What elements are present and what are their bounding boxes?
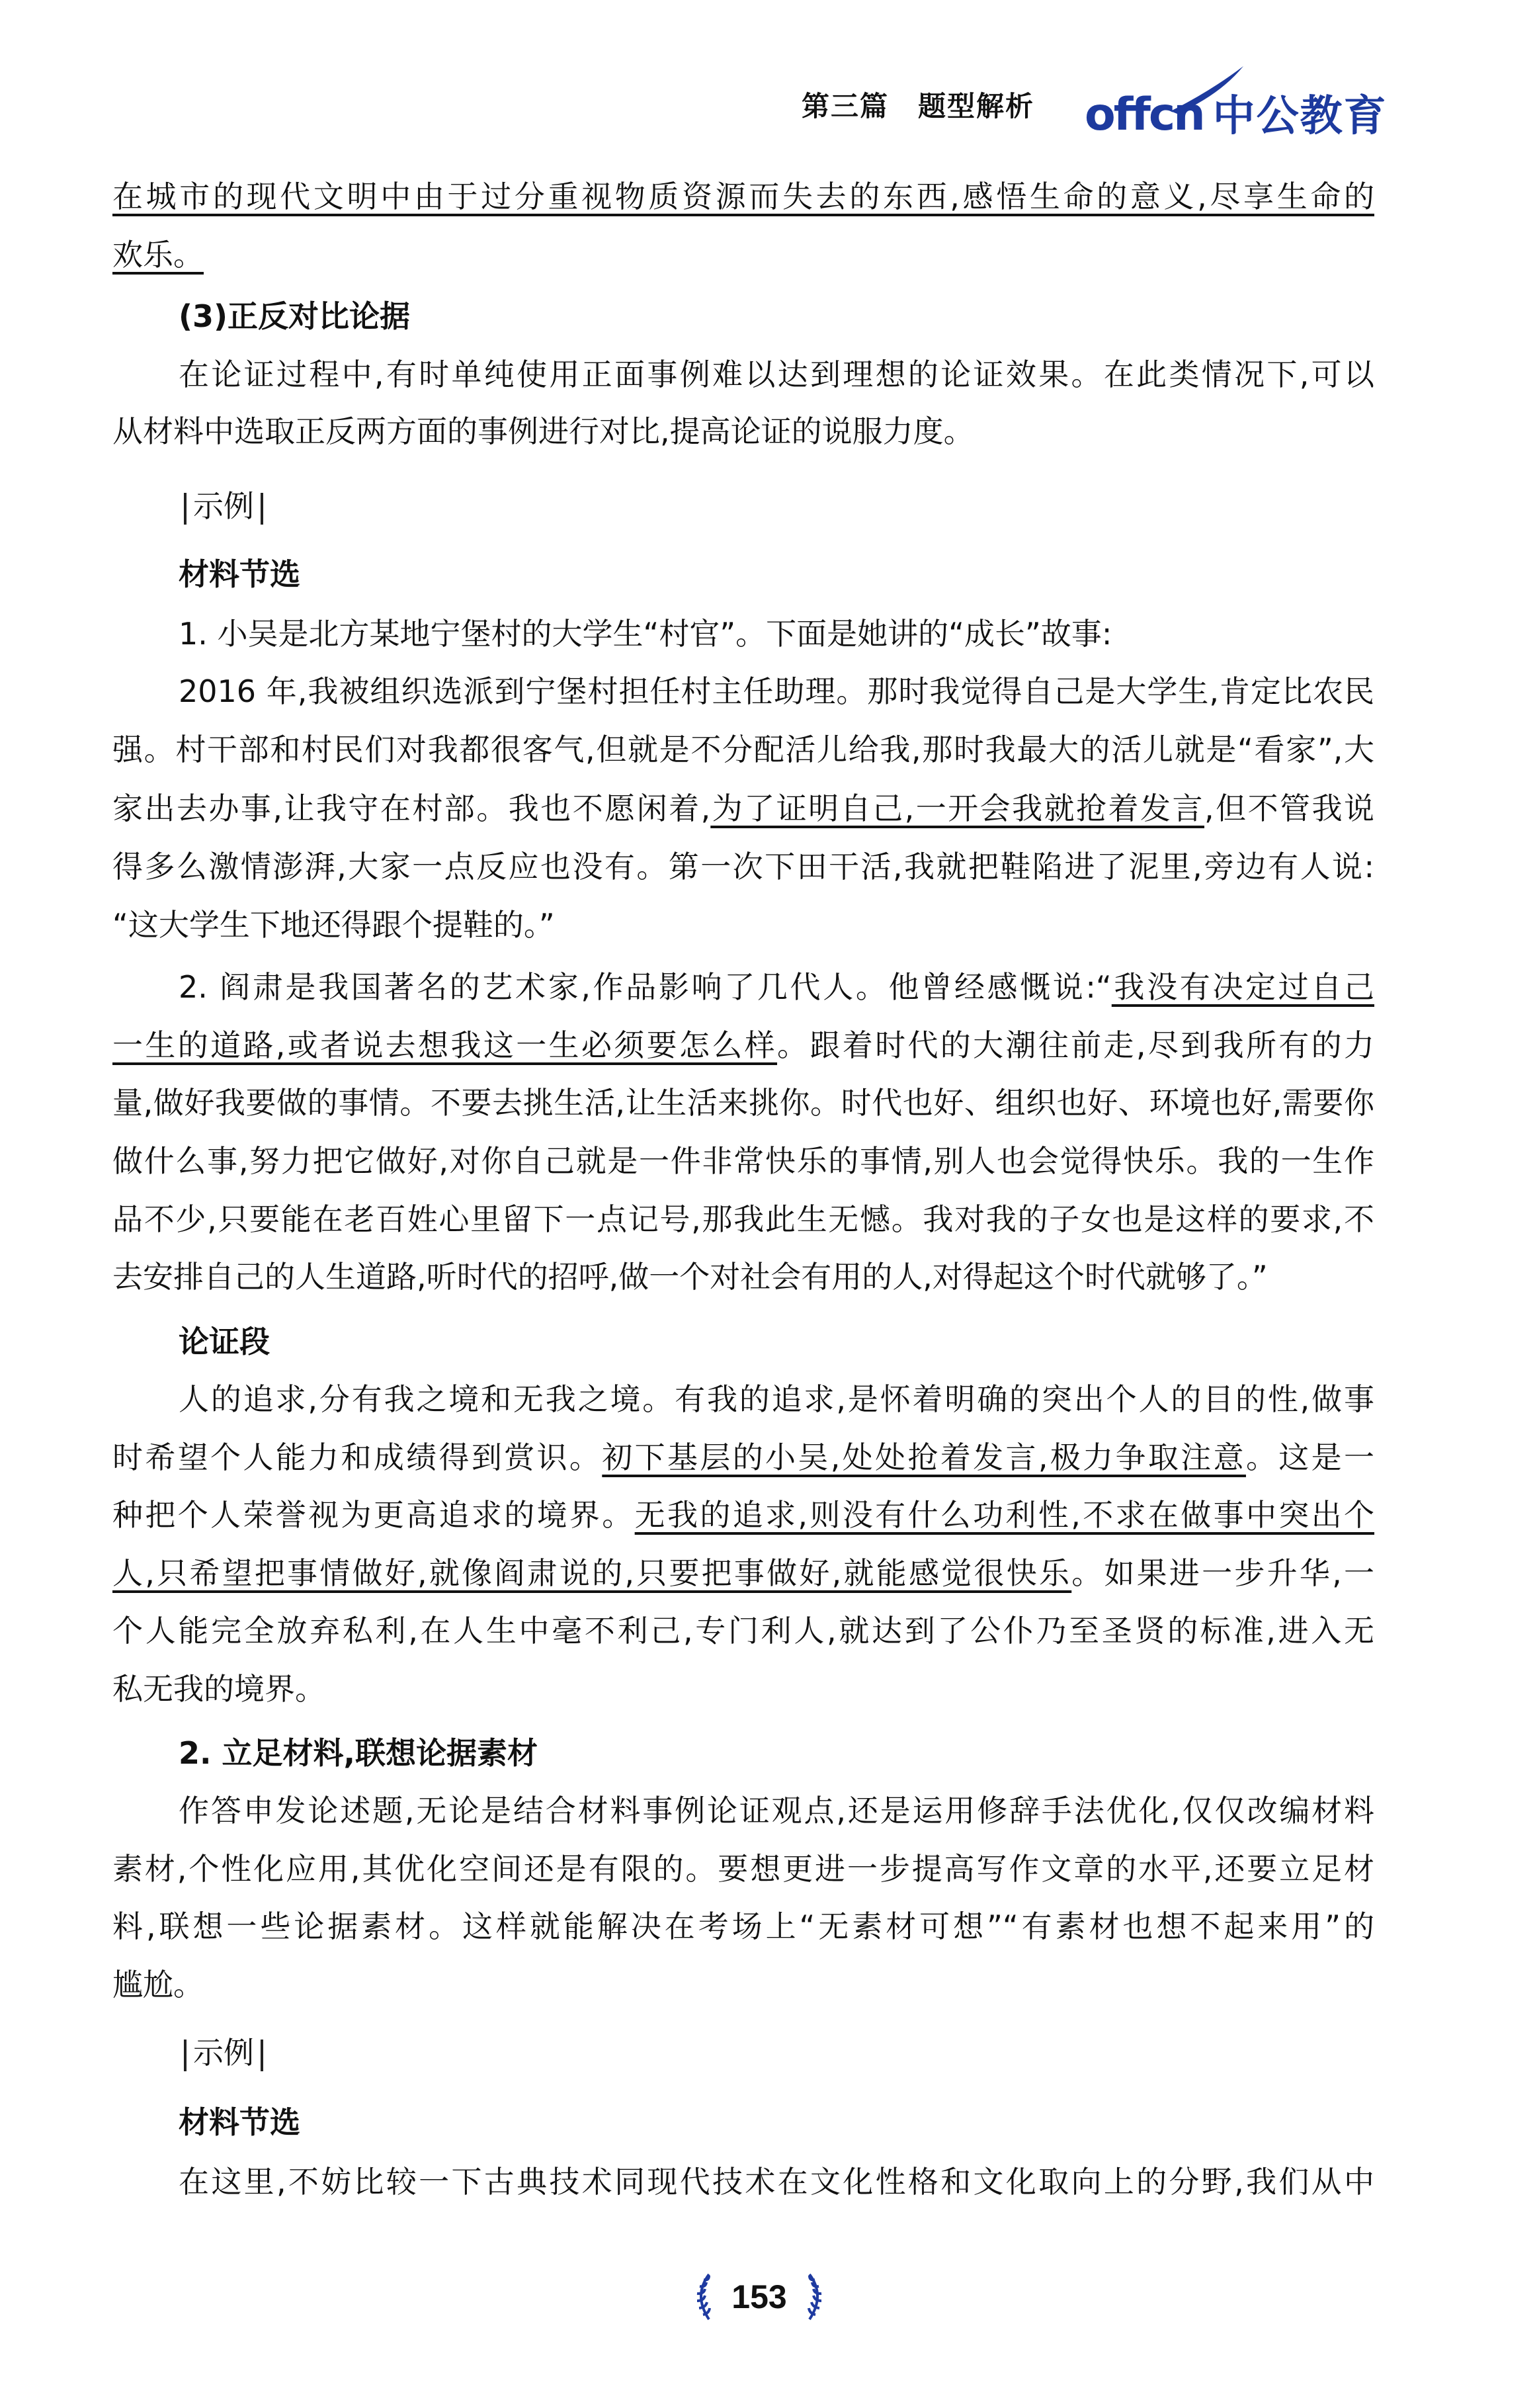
text-segment: 人的追求,分有我之境和无我之境。有我的追求,是怀着明确的突出个人的目的性,做事: [179, 1381, 1374, 1417]
underlined-text: 为了证明自己,一开会我就抢着发言: [710, 791, 1204, 826]
section-heading: 材料节选: [179, 554, 300, 594]
text-segment: 料,联想一些论据素材。这样就能解决在考场上“无素材可想”“有素材也想不起来用”的: [112, 1909, 1374, 1944]
laurel-right-icon: [803, 2272, 829, 2322]
text-line: 家出去办事,让我守在村部。我也不愿闲着,为了证明自己,一开会我就抢着发言,但不管…: [112, 789, 1374, 828]
text-line: 1. 小吴是北方某地宁堡村的大学生“村官”。下面是她讲的“成长”故事:: [179, 614, 1374, 654]
example-label: 示例: [177, 486, 270, 526]
text-line: “这大学生下地还得跟个提鞋的。”: [112, 905, 1374, 945]
text-line: 2. 阎肃是我国著名的艺术家,作品影响了几代人。他曾经感慨说:“我没有决定过自己: [179, 967, 1374, 1007]
text-segment: 强。村干部和村民们对我都很客气,但就是不分配活儿给我,那时我最大的活儿就是“看家…: [112, 732, 1374, 767]
text-segment: 2016 年,我被组织选派到宁堡村担任村主任助理。那时我觉得自己是大学生,肯定比…: [179, 673, 1374, 709]
text-segment: 私无我的境界。: [112, 1671, 325, 1707]
text-segment: 品不少,只要能在老百姓心里留下一点记号,那我此生无憾。我对我的子女也是这样的要求…: [112, 1201, 1374, 1237]
section-heading: 2. 立足材料,联想论据素材: [179, 1733, 538, 1773]
underlined-text: 我没有决定过自己: [1112, 969, 1374, 1005]
text-segment: 。跟着时代的大潮往前走,尽到我所有的力: [777, 1027, 1374, 1063]
chapter-title: 第三篇 题型解析: [802, 85, 1034, 124]
laurel-left-icon: [689, 2272, 716, 2322]
underlined-text: 初下基层的小吴,处处抢着发言,极力争取注意: [602, 1440, 1246, 1475]
underlined-text: 在城市的现代文明中由于过分重视物质资源而失去的东西,感悟生命的意义,尽享生命的: [112, 179, 1374, 214]
text-segment: 2. 阎肃是我国著名的艺术家,作品影响了几代人。他曾经感慨说:“: [179, 969, 1112, 1005]
text-segment: 从材料中选取正反两方面的事例进行对比,提高论证的说服力度。: [112, 413, 974, 449]
text-segment: 种把个人荣誉视为更高追求的境界。: [112, 1497, 635, 1533]
text-line: 人,只希望把事情做好,就像阎肃说的,只要把事做好,就能感觉很快乐。如果进一步升华…: [112, 1553, 1374, 1593]
page-number-text: 153: [731, 2278, 786, 2316]
text-segment: ,但不管我说: [1204, 791, 1374, 826]
text-line: 做什么事,努力把它做好,对你自己就是一件非常快乐的事情,别人也会觉得快乐。我的一…: [112, 1141, 1374, 1181]
text-line: 个人能完全放弃私利,在人生中毫不利己,专门利人,就达到了公仆乃至圣贤的标准,进入…: [112, 1611, 1374, 1651]
text-segment: 尴尬。: [112, 1967, 204, 2002]
bracket-bar-right: [261, 2040, 263, 2071]
text-segment: 作答申发论述题,无论是结合材料事例论证观点,还是运用修辞手法优化,仅仅改编材料: [179, 1793, 1374, 1828]
text-segment: 量,做好我要做的事情。不要去挑生活,让生活来挑你。时代也好、组织也好、环境也好,…: [112, 1085, 1374, 1121]
text-line: 人的追求,分有我之境和无我之境。有我的追求,是怀着明确的突出个人的目的性,做事: [179, 1379, 1374, 1419]
text-segment: 素材,个性化应用,其优化空间还是有限的。要想更进一步提高写作文章的水平,还要立足…: [112, 1851, 1374, 1887]
text-segment: 。如果进一步升华,一: [1071, 1555, 1374, 1591]
example-label-text: 示例: [193, 488, 254, 524]
page-number: 153: [680, 2270, 839, 2323]
text-line: 量,做好我要做的事情。不要去挑生活,让生活来挑你。时代也好、组织也好、环境也好,…: [112, 1083, 1374, 1123]
text-line: 得多么激情澎湃,大家一点反应也没有。第一次下田干活,我就把鞋陷进了泥里,旁边有人…: [112, 847, 1374, 886]
text-segment: 家出去办事,让我守在村部。我也不愿闲着,: [112, 791, 710, 826]
text-segment: 做什么事,努力把它做好,对你自己就是一件非常快乐的事情,别人也会觉得快乐。我的一…: [112, 1143, 1374, 1179]
text-line: 时希望个人能力和成绩得到赏识。初下基层的小吴,处处抢着发言,极力争取注意。这是一: [112, 1438, 1374, 1477]
text-line: 素材,个性化应用,其优化空间还是有限的。要想更进一步提高写作文章的水平,还要立足…: [112, 1849, 1374, 1889]
text-line: 强。村干部和村民们对我都很客气,但就是不分配活儿给我,那时我最大的活儿就是“看家…: [112, 730, 1374, 769]
text-line: 料,联想一些论据素材。这样就能解决在考场上“无素材可想”“有素材也想不起来用”的: [112, 1907, 1374, 1946]
text-line: 在这里,不妨比较一下古典技术同现代技术在文化性格和文化取向上的分野,我们从中: [179, 2162, 1374, 2202]
text-line: 尴尬。: [112, 1965, 1374, 2004]
text-segment: 1. 小吴是北方某地宁堡村的大学生“村官”。下面是她讲的“成长”故事:: [179, 616, 1112, 652]
text-line: 作答申发论述题,无论是结合材料事例论证观点,还是运用修辞手法优化,仅仅改编材料: [179, 1791, 1374, 1830]
text-line: 欢乐。: [112, 235, 1374, 275]
text-segment: 在这里,不妨比较一下古典技术同现代技术在文化性格和文化取向上的分野,我们从中: [179, 2164, 1374, 2200]
text-segment: 个人能完全放弃私利,在人生中毫不利己,专门利人,就达到了公仆乃至圣贤的标准,进入…: [112, 1613, 1374, 1649]
text-line: 品不少,只要能在老百姓心里留下一点记号,那我此生无憾。我对我的子女也是这样的要求…: [112, 1199, 1374, 1239]
text-segment: 得多么激情澎湃,大家一点反应也没有。第一次下田干活,我就把鞋陷进了泥里,旁边有人…: [112, 849, 1374, 884]
text-line: 种把个人荣誉视为更高追求的境界。无我的追求,则没有什么功利性,不求在做事中突出个: [112, 1495, 1374, 1535]
logo-swoosh-icon: [1164, 65, 1250, 118]
underlined-text: 欢乐。: [112, 237, 204, 273]
example-label-text: 示例: [193, 2035, 254, 2071]
text-segment: “这大学生下地还得跟个提鞋的。”: [112, 907, 555, 943]
bracket-bar-right: [261, 493, 263, 525]
text-segment: 去安排自己的人生道路,听时代的招呼,做一个对社会有用的人,对得起这个时代就够了。…: [112, 1259, 1268, 1295]
text-line: 一生的道路,或者说去想我这一生必须要怎么样。跟着时代的大潮往前走,尽到我所有的力: [112, 1025, 1374, 1065]
example-label: 示例: [177, 2033, 270, 2073]
text-line: 在论证过程中,有时单纯使用正面事例难以达到理想的论证效果。在此类情况下,可以: [179, 355, 1374, 394]
underlined-text: 一生的道路,或者说去想我这一生必须要怎么样: [112, 1027, 777, 1063]
text-line: 在城市的现代文明中由于过分重视物质资源而失去的东西,感悟生命的意义,尽享生命的: [112, 177, 1374, 216]
text-line: 2016 年,我被组织选派到宁堡村担任村主任助理。那时我觉得自己是大学生,肯定比…: [179, 671, 1374, 711]
text-segment: 时希望个人能力和成绩得到赏识。: [112, 1440, 602, 1475]
text-line: 去安排自己的人生道路,听时代的招呼,做一个对社会有用的人,对得起这个时代就够了。…: [112, 1257, 1374, 1297]
bracket-bar-left: [184, 2040, 187, 2071]
underlined-text: 人,只希望把事情做好,就像阎肃说的,只要把事做好,就能感觉很快乐: [112, 1555, 1071, 1591]
section-heading: (3)正反对比论据: [179, 296, 410, 336]
text-segment: 。这是一: [1246, 1440, 1374, 1475]
bracket-bar-left: [184, 493, 187, 525]
section-heading: 论证段: [179, 1322, 270, 1361]
text-line: 私无我的境界。: [112, 1669, 1374, 1709]
section-heading: 材料节选: [179, 2102, 300, 2142]
text-line: 从材料中选取正反两方面的事例进行对比,提高论证的说服力度。: [112, 411, 1374, 451]
underlined-text: 无我的追求,则没有什么功利性,不求在做事中突出个: [635, 1497, 1374, 1533]
text-segment: 在论证过程中,有时单纯使用正面事例难以达到理想的论证效果。在此类情况下,可以: [179, 357, 1374, 392]
